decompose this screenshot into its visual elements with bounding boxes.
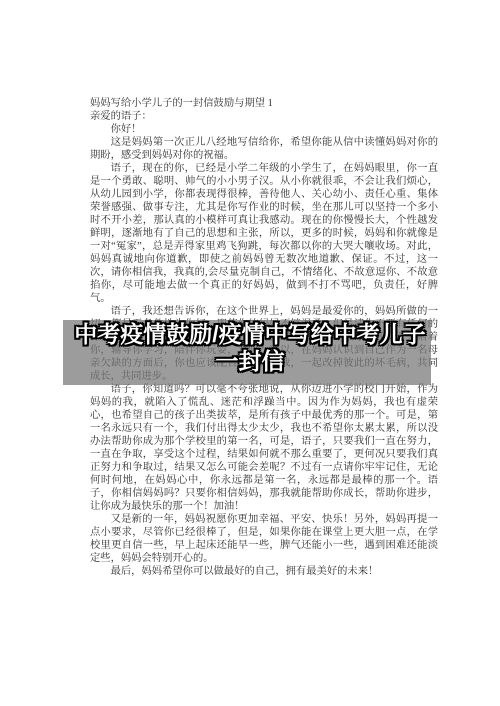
letter-header-title: 妈妈写给小学儿子的一封信鼓励与期望 1 — [90, 97, 438, 110]
letter-paragraph: 又是新的一年，妈妈祝愿你更加幸福、平安、快乐！另外，妈妈再提一点小要求，尽管你已… — [90, 513, 438, 565]
overlay-title-line2: 一封信 — [0, 348, 500, 375]
letter-page: 妈妈写给小学儿子的一封信鼓励与期望 1 亲爱的语子： 你好！这是妈妈第一次正儿八… — [0, 0, 500, 706]
letter-paragraph: 你好！ — [90, 123, 438, 136]
letter-paragraph: 语子，现在的你，已经是小学二年级的小学生了，在妈妈眼里，你一直是一个勇敢、聪明、… — [90, 162, 438, 305]
letter-paragraph: 语子，你知道吗？可以毫不夸张地说，从你迈进小学的校门开始，作为妈妈的我，就陷入了… — [90, 383, 438, 513]
letter-salutation: 亲爱的语子： — [90, 110, 438, 123]
letter-paragraph: 这是妈妈第一次正儿八经地写信给你，希望你能从信中读懂妈妈对你的期盼，感受到妈妈对… — [90, 136, 438, 162]
overlay-title-line1: 中考疫情鼓励/疫情中写给中考儿子 — [0, 321, 500, 348]
overlay-title: 中考疫情鼓励/疫情中写给中考儿子 一封信 — [0, 321, 500, 374]
letter-paragraph: 最后，妈妈希望你可以做最好的自己，拥有最美好的未来！ — [90, 565, 438, 578]
